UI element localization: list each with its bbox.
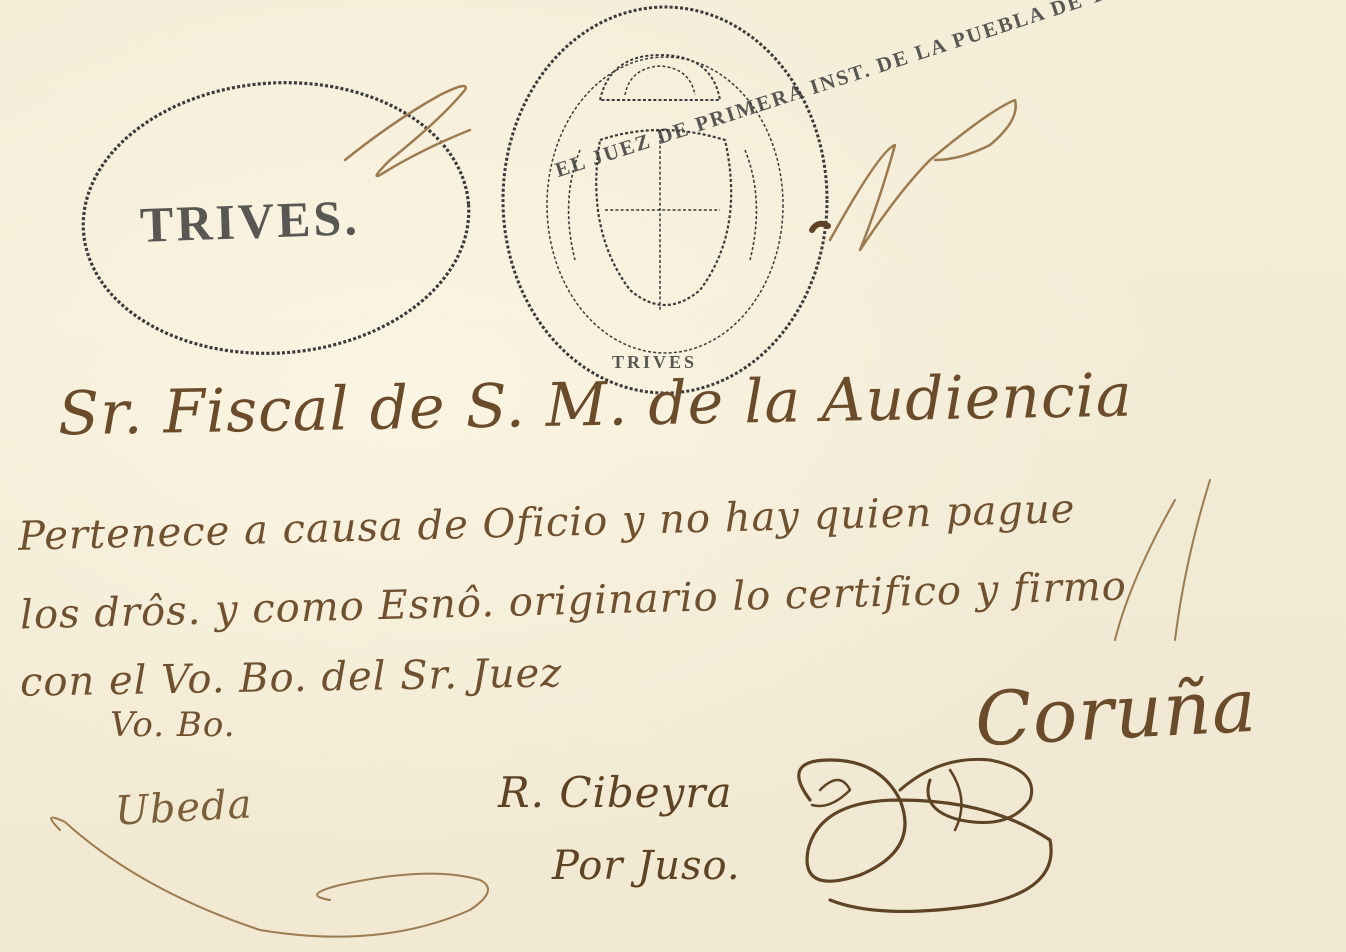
document-paper: TRIVES. EL JUEZ DE PRIMERA INST. DE LA P… (0, 0, 1346, 952)
rubric-flourish (799, 759, 1051, 911)
signature-center-name: R. Cibeyra (498, 768, 732, 817)
body-line-4: Vo. Bo. (110, 705, 236, 745)
mark-n (830, 100, 1016, 250)
court-seal (503, 7, 827, 393)
postmark-text: TRIVES. (139, 188, 361, 254)
crown-icon (600, 55, 720, 100)
mark-s (345, 86, 470, 176)
signature-flourish-left (51, 818, 488, 937)
signature-left: Ubeda (114, 781, 254, 834)
signature-center-title: Por Juso. (552, 843, 741, 889)
address-city: Coruña (973, 663, 1259, 764)
body-line-3: con el Vo. Bo. del Sr. Juez (20, 650, 563, 705)
